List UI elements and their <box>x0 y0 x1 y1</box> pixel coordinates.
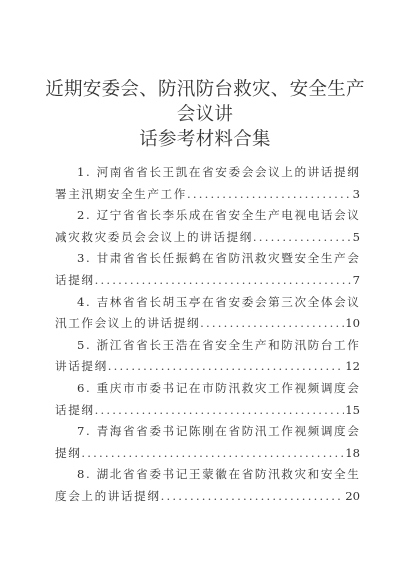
toc-entry-text: 8. 湖北省省委书记王蒙徽在省防汛救灾和安全生产工作调 <box>55 464 360 486</box>
title-line-1: 近期安委会、防汛防台救灾、安全生产会议讲 <box>40 77 370 127</box>
dot-leader: ........................................… <box>200 313 344 335</box>
document-page: 近期安委会、防汛防台救灾、安全生产会议讲 话参考材料合集 1. 河南省省长王凯在… <box>0 0 410 580</box>
toc-entry-leader-line: 度会上的讲话提纲................................… <box>55 486 360 508</box>
page-number: 18 <box>344 443 360 465</box>
page-number: 5 <box>352 227 360 249</box>
toc-entry-leader-line: 减灾救灾委员会会议上的讲话提纲.........................… <box>55 227 360 249</box>
page-number: 12 <box>344 356 360 378</box>
toc-entry-8[interactable]: 8. 湖北省省委书记王蒙徽在省防汛救灾和安全生产工作调 度会上的讲话提纲....… <box>55 464 360 507</box>
page-number: 20 <box>344 486 360 508</box>
document-title: 近期安委会、防汛防台救灾、安全生产会议讲 话参考材料合集 <box>40 77 370 152</box>
dot-leader: ........................................… <box>95 400 345 422</box>
toc-entry-leader-line: 讲话提纲....................................… <box>55 356 360 378</box>
toc-entry-5[interactable]: 5. 浙江省省长王浩在省安全生产和防汛防台工作会议上的 讲话提纲........… <box>55 335 360 378</box>
toc-entry-leader-line: 话提纲.....................................… <box>55 400 360 422</box>
page-number: 7 <box>352 270 360 292</box>
toc-entry-3[interactable]: 3. 甘肃省省长任振鹤在省防汛救灾暨安全生产会议上的讲 话提纲.........… <box>55 248 360 291</box>
toc-entry-6[interactable]: 6. 重庆市市委书记在市防汛救灾工作视频调度会议上的讲 话提纲.........… <box>55 378 360 421</box>
toc-entry-text: 3. 甘肃省省长任振鹤在省防汛救灾暨安全生产会议上的讲 <box>55 248 360 270</box>
toc-entry-leader-line: 话提纲.....................................… <box>55 270 360 292</box>
toc-entry-text: 7. 青海省省委书记陈刚在省防汛工作视频调度会上的讲话 <box>55 421 360 443</box>
toc-entry-text: 1. 河南省省长王凯在省安委会会议上的讲话提纲：安排部 <box>55 162 360 184</box>
toc-entry-leader-line: 汛工作会议上的讲话提纲.............................… <box>55 313 360 335</box>
table-of-contents: 1. 河南省省长王凯在省安委会会议上的讲话提纲：安排部 署主汛期安全生产工作..… <box>55 162 360 508</box>
toc-entry-7[interactable]: 7. 青海省省委书记陈刚在省防汛工作视频调度会上的讲话 提纲..........… <box>55 421 360 464</box>
title-line-2: 话参考材料合集 <box>40 127 370 152</box>
page-number: 10 <box>344 313 360 335</box>
toc-entry-text: 2. 辽宁省省长李乐成在省安全生产电视电话会议暨省防灾 <box>55 205 360 227</box>
dot-leader: ........................................… <box>253 227 352 249</box>
toc-entry-leader-line: 提纲......................................… <box>55 443 360 465</box>
toc-entry-text: 6. 重庆市市委书记在市防汛救灾工作视频调度会议上的讲 <box>55 378 360 400</box>
dot-leader: ........................................… <box>108 356 344 378</box>
toc-entry-text: 4. 吉林省省长胡玉亭在省安委会第三次全体会议暨全省防 <box>55 292 360 314</box>
dot-leader: ........................................… <box>81 443 344 465</box>
page-number: 15 <box>344 400 360 422</box>
dot-leader: ........................................… <box>161 486 345 508</box>
toc-entry-2[interactable]: 2. 辽宁省省长李乐成在省安全生产电视电话会议暨省防灾 减灾救灾委员会会议上的讲… <box>55 205 360 248</box>
toc-entry-1[interactable]: 1. 河南省省长王凯在省安委会会议上的讲话提纲：安排部 署主汛期安全生产工作..… <box>55 162 360 205</box>
toc-entry-4[interactable]: 4. 吉林省省长胡玉亭在省安委会第三次全体会议暨全省防 汛工作会议上的讲话提纲.… <box>55 292 360 335</box>
dot-leader: ........................................… <box>187 184 352 206</box>
toc-entry-text: 5. 浙江省省长王浩在省安全生产和防汛防台工作会议上的 <box>55 335 360 357</box>
toc-entry-leader-line: 署主汛期安全生产工作..............................… <box>55 184 360 206</box>
page-number: 3 <box>352 184 360 206</box>
dot-leader: ........................................… <box>95 270 352 292</box>
